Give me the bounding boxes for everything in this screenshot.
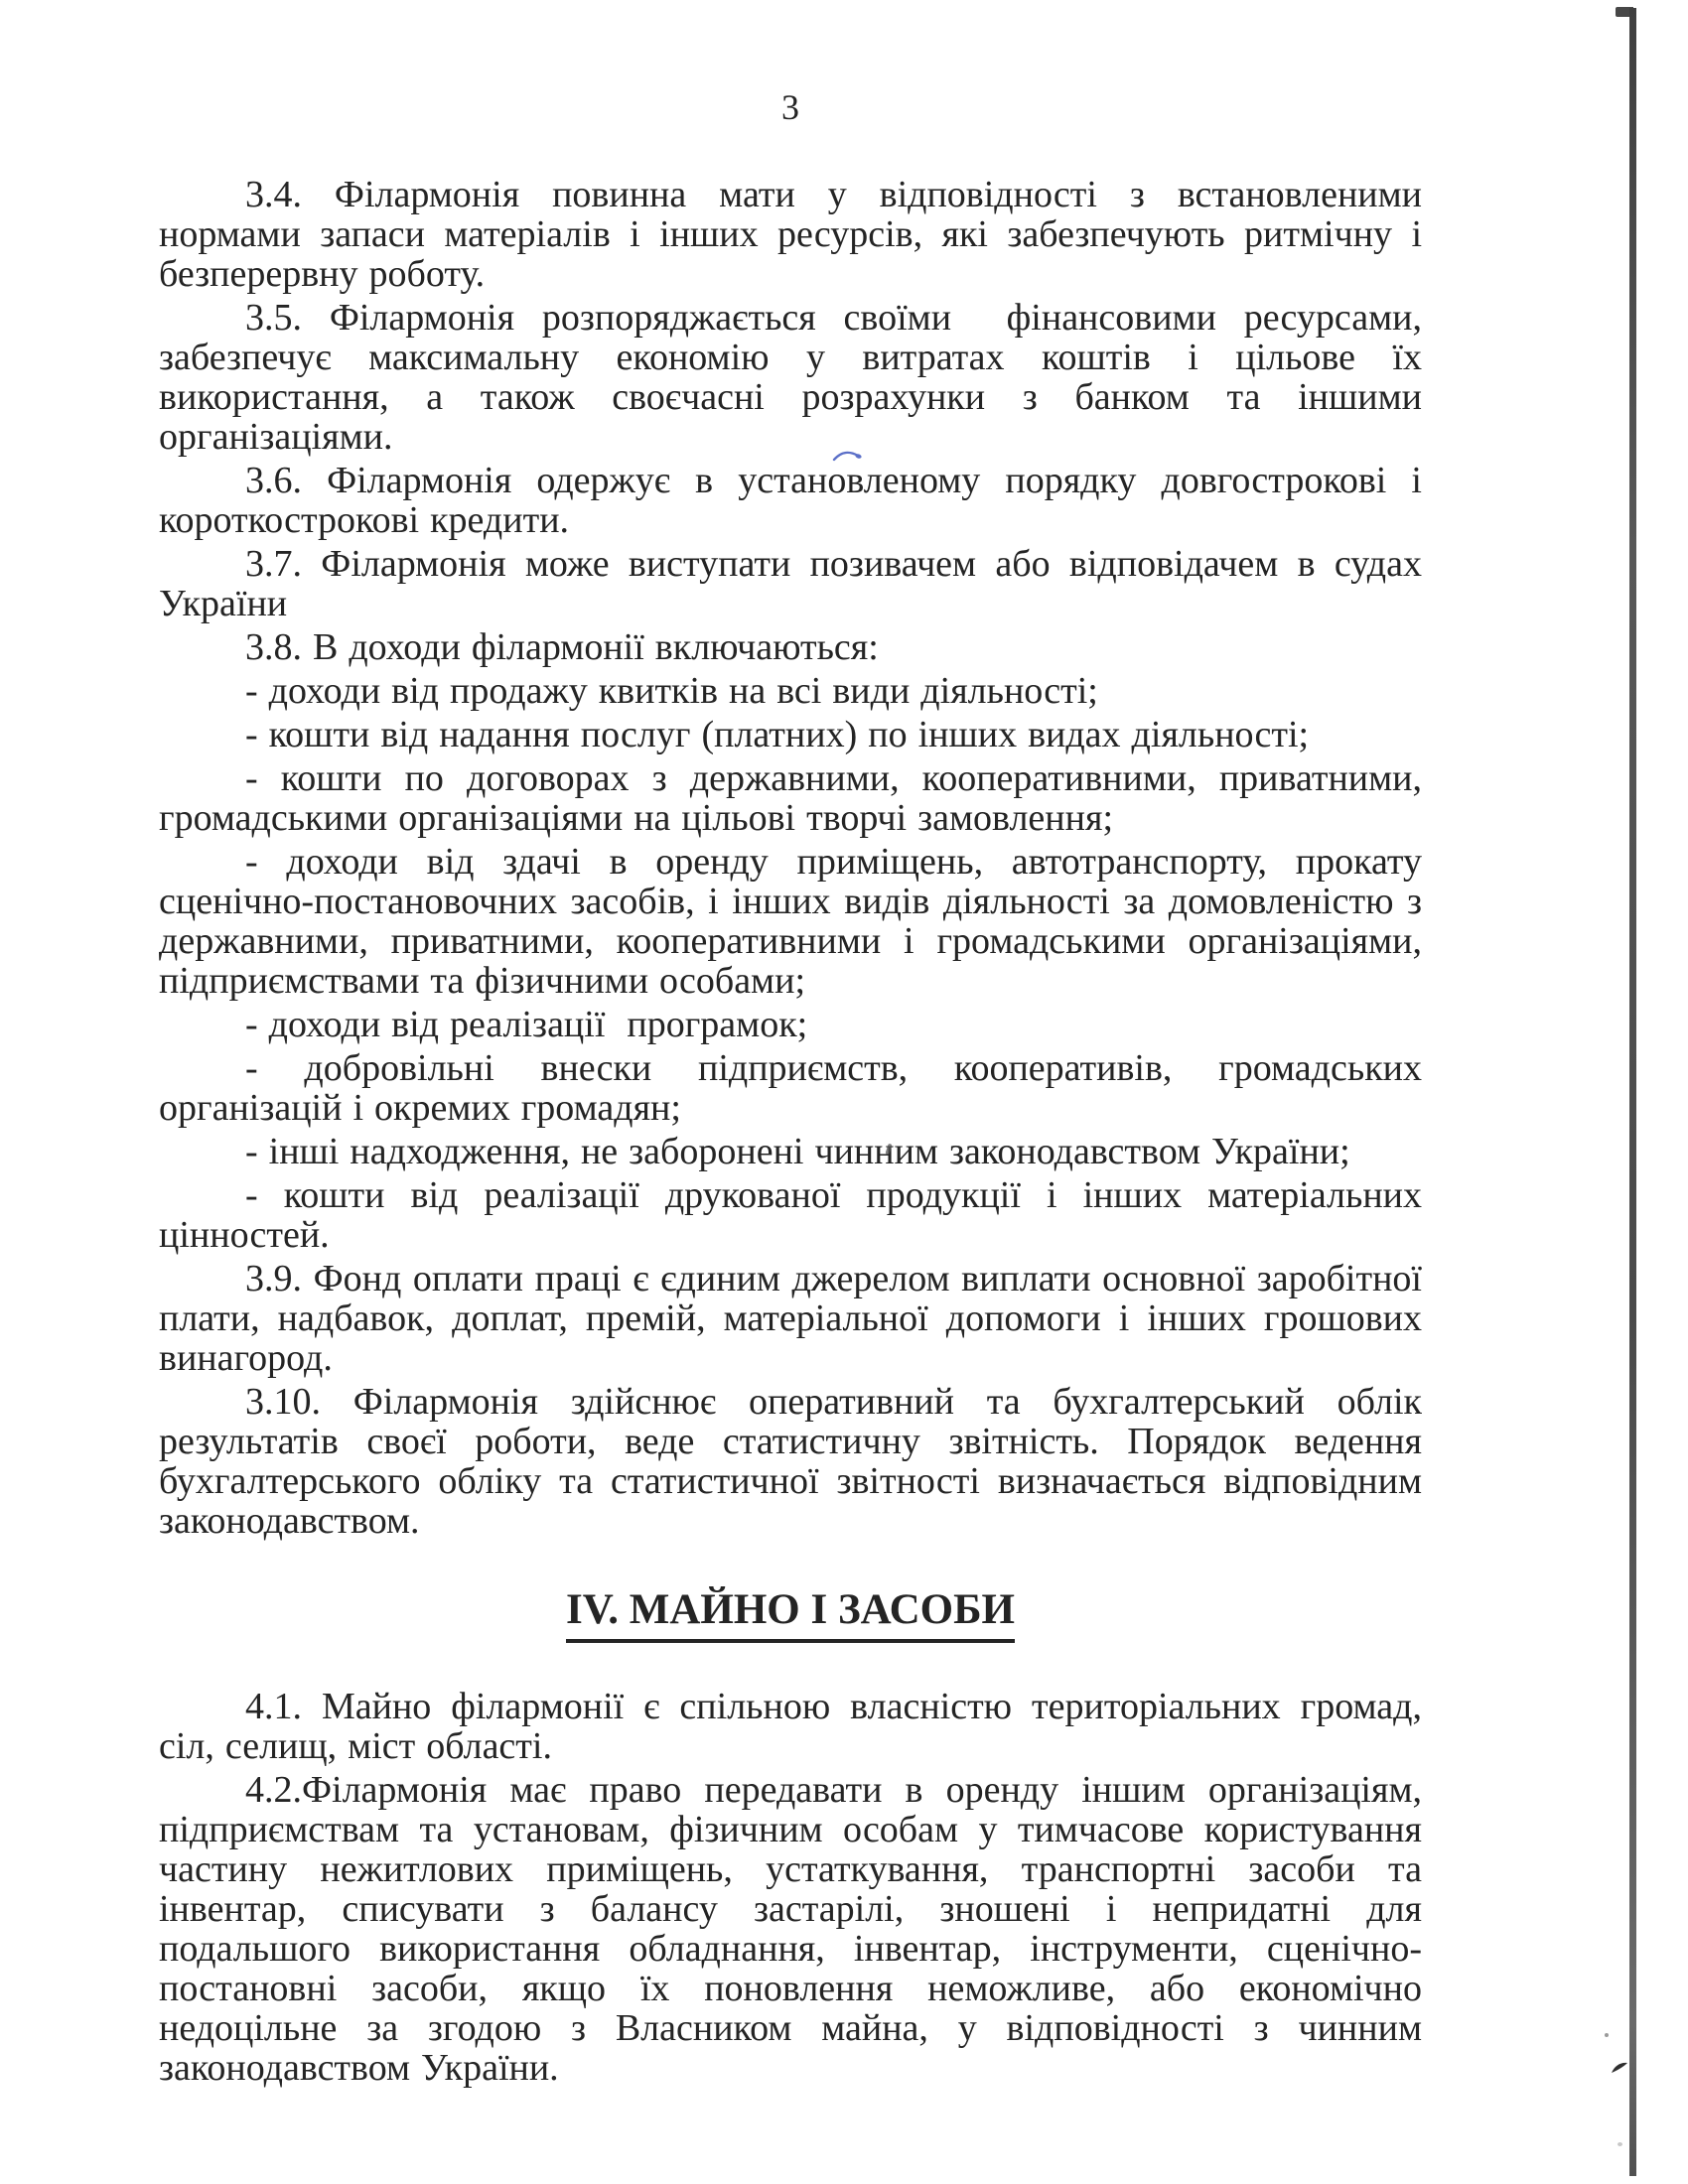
- income-item-8: - кошти від реалізації друкованої продук…: [159, 1175, 1422, 1255]
- paragraph-3-4: 3.4. Філармонія повинна мати у відповідн…: [159, 175, 1422, 294]
- income-sources-list: - доходи від продажу квитків на всі види…: [159, 671, 1422, 1255]
- income-item-4: - доходи від здачі в оренду приміщень, а…: [159, 842, 1422, 1001]
- income-item-1: - доходи від продажу квитків на всі види…: [159, 671, 1422, 711]
- paragraph-3-9: 3.9. Фонд оплати праці є єдиним джерелом…: [159, 1259, 1422, 1378]
- income-item-2: - кошти від надання послуг (платних) по …: [159, 715, 1422, 754]
- section-heading-iv: IV. МАЙНО І ЗАСОБИ: [566, 1586, 1015, 1643]
- paragraph-3-6: 3.6. Філармонія одержує в установленому …: [159, 461, 1422, 540]
- blue-pen-mark: [832, 447, 866, 469]
- ink-speck: [1618, 2142, 1622, 2146]
- paragraph-3-7: 3.7. Філармонія може виступати позивачем…: [159, 544, 1422, 623]
- scanner-edge-line: [1629, 8, 1636, 2176]
- paragraph-3-8: 3.8. В доходи філармонії включаються:: [159, 627, 1422, 667]
- text-column: 3 3.4. Філармонія повинна мати у відпові…: [159, 0, 1422, 2092]
- income-item-5: - доходи від реалізації програмок;: [159, 1005, 1422, 1044]
- paragraph-3-10: 3.10. Філармонія здійснює оперативний та…: [159, 1382, 1422, 1541]
- income-item-3: - кошти по договорах з державними, коопе…: [159, 758, 1422, 838]
- section-heading-wrap: IV. МАЙНО І ЗАСОБИ: [159, 1586, 1422, 1643]
- paragraph-3-5: 3.5. Філармонія розпоряджається своїми ф…: [159, 298, 1422, 457]
- income-item-7: - інші надходження, не заборонені чинним…: [159, 1132, 1422, 1171]
- paragraph-4-2: 4.2.Філармонія має право передавати в ор…: [159, 1770, 1422, 2088]
- ink-speck: [1605, 2033, 1609, 2037]
- page-number: 3: [159, 87, 1422, 127]
- paragraph-4-1: 4.1. Майно філармонії є спільною власніс…: [159, 1687, 1422, 1766]
- income-item-6: - добровільні внески підприємств, коопер…: [159, 1048, 1422, 1128]
- ink-smudge: [1609, 2057, 1632, 2077]
